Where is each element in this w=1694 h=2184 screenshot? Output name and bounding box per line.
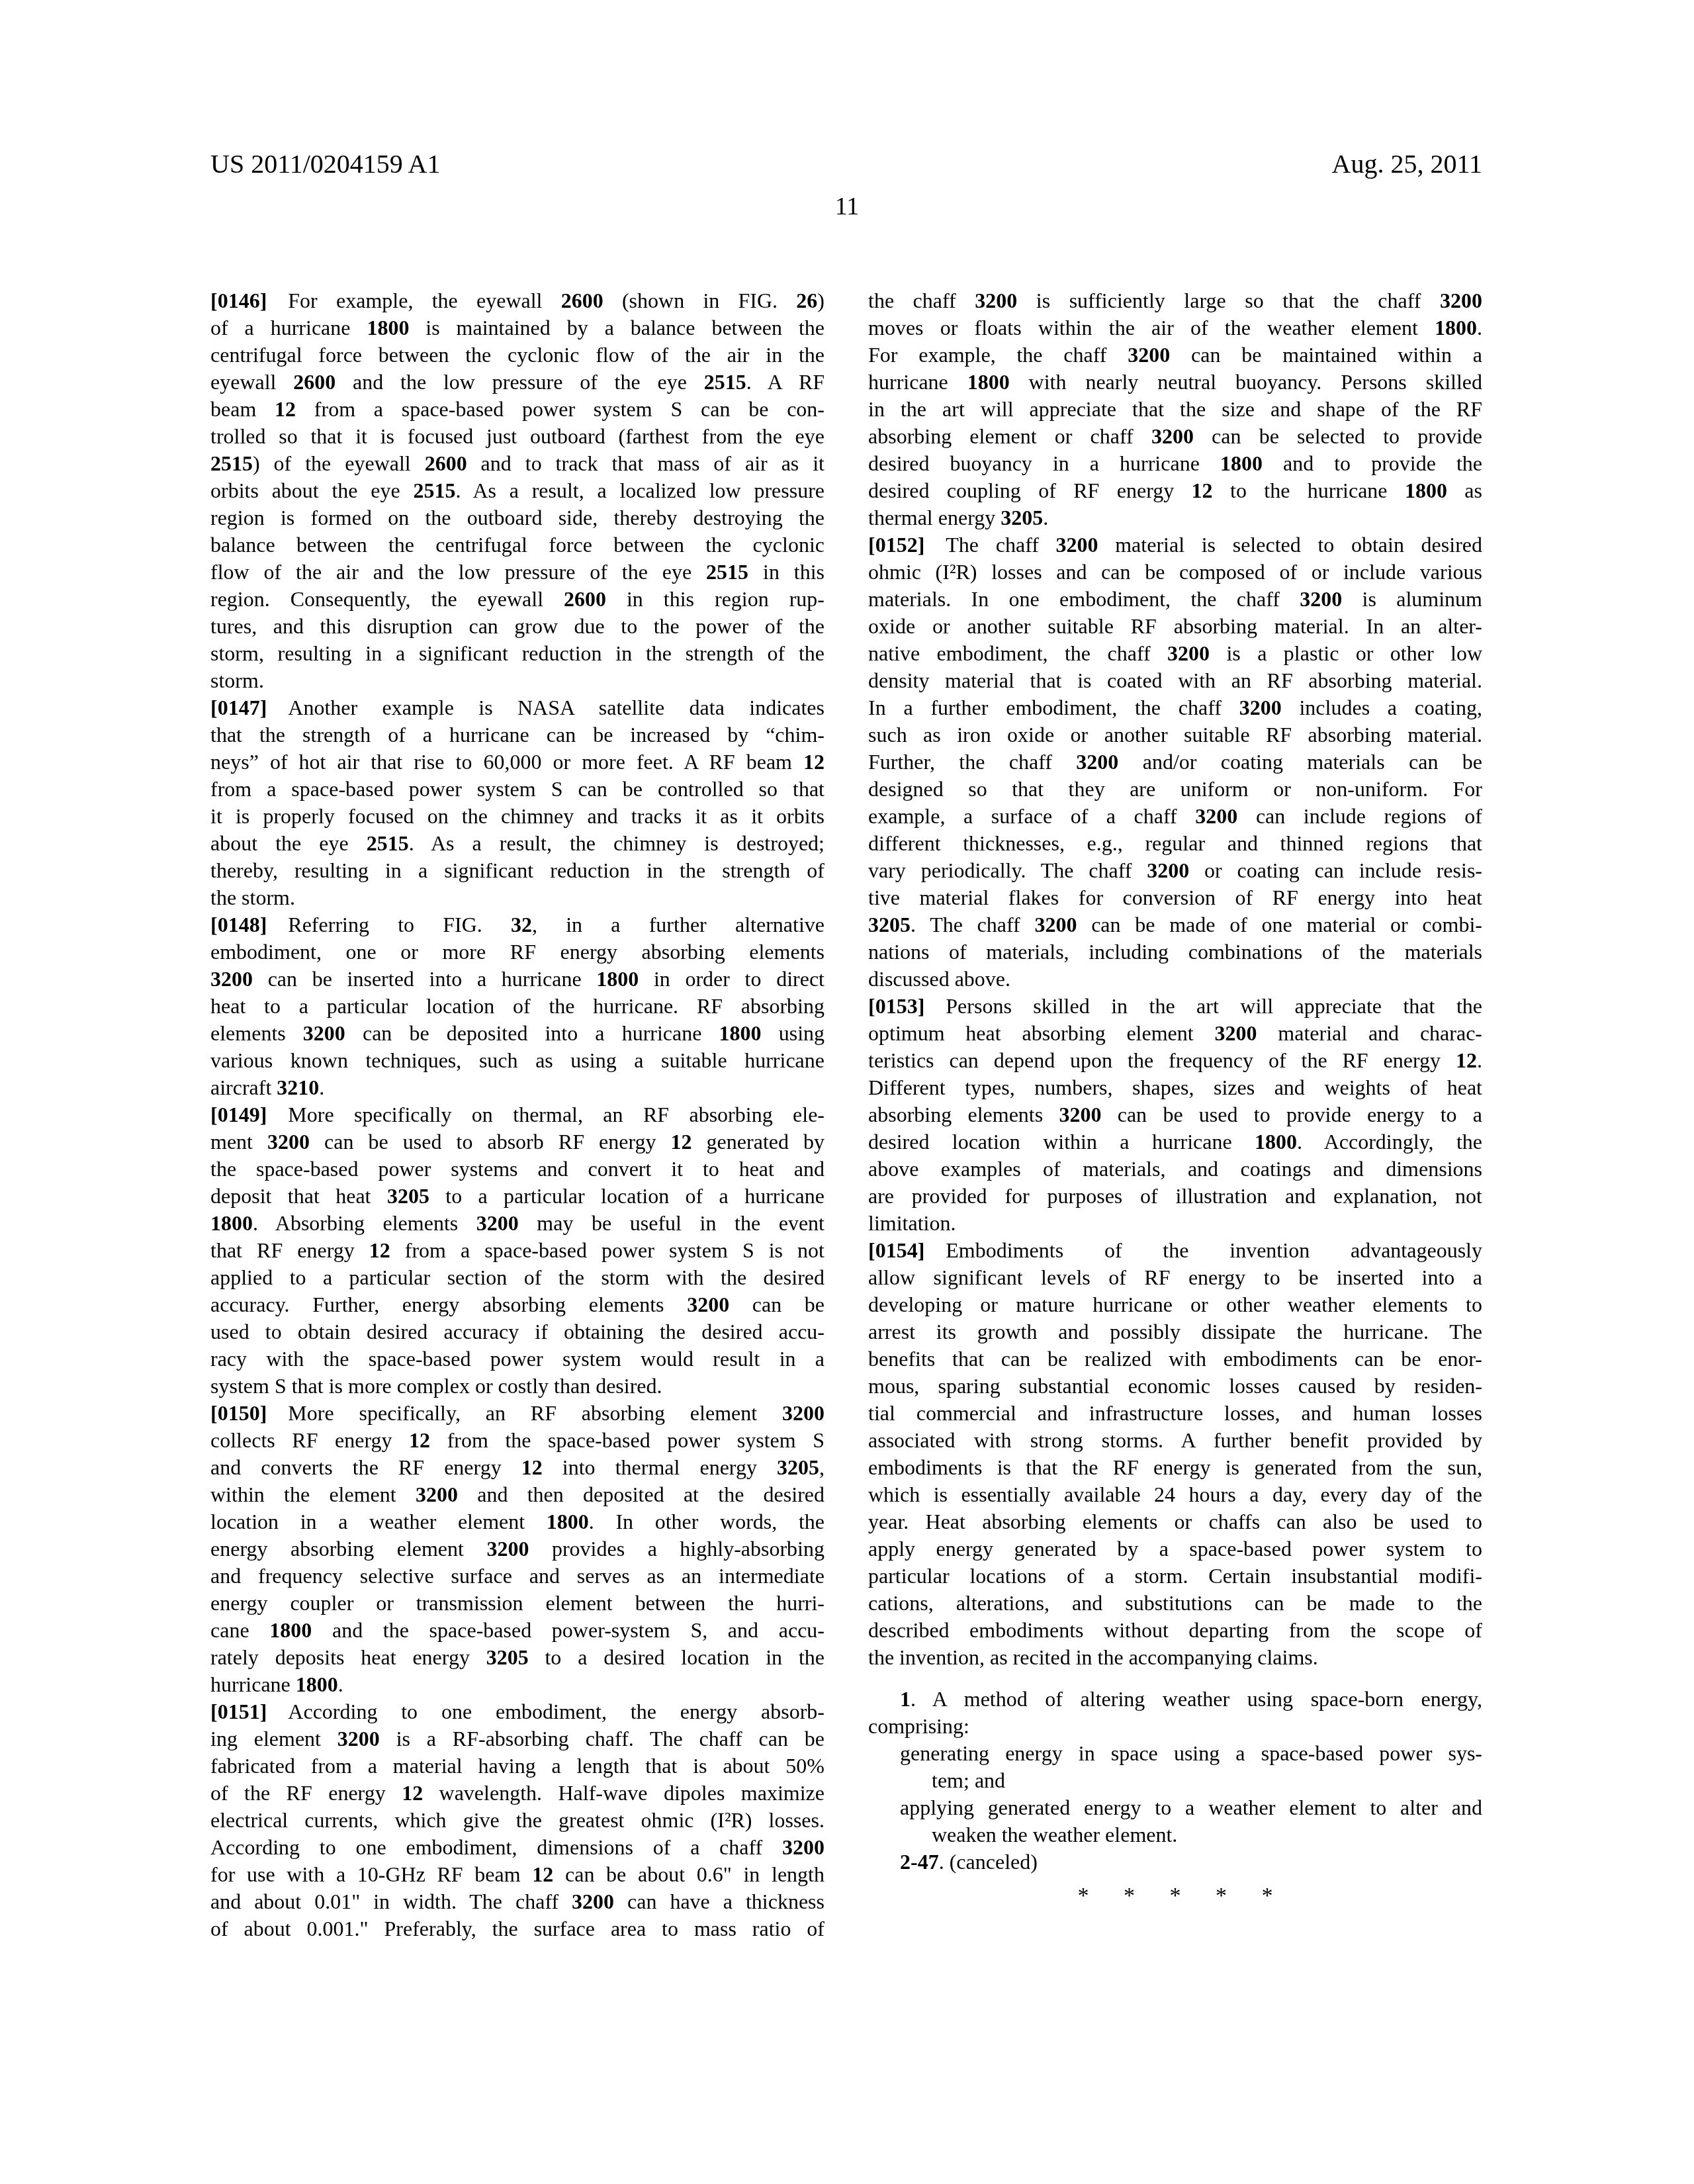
text-line: density material that is coated with an … [868, 667, 1482, 694]
publication-date: Aug. 25, 2011 [1332, 150, 1482, 179]
text-line: absorbing element or chaff 3200 can be s… [868, 423, 1482, 450]
text-line: 3200 can be inserted into a hurricane 18… [210, 966, 825, 993]
text-line: oxide or another suitable RF absorbing m… [868, 613, 1482, 640]
text-line: arrest its growth and possibly dissipate… [868, 1318, 1482, 1345]
patent-paragraph: [0146] For example, the eyewall 2600 (sh… [210, 287, 825, 694]
text-line: benefits that can be realized with embod… [868, 1345, 1482, 1373]
text-line: in the art will appreciate that the size… [868, 396, 1482, 423]
text-line: trolled so that it is focused just outbo… [210, 423, 825, 450]
page-number: 11 [0, 192, 1694, 221]
text-line: tures, and this disruption can grow due … [210, 613, 825, 640]
text-line: from a space-based power system S can be… [210, 776, 825, 803]
text-line: embodiment, one or more RF energy absorb… [210, 938, 825, 966]
text-line: associated with strong storms. A further… [868, 1427, 1482, 1454]
text-line: [0147] Another example is NASA satellite… [210, 694, 825, 721]
text-line: tive material flakes for conversion of R… [868, 884, 1482, 911]
patent-paragraph: the chaff 3200 is sufficiently large so … [868, 287, 1482, 531]
text-line: desired location within a hurricane 1800… [868, 1128, 1482, 1156]
text-line: region is formed on the outboard side, t… [210, 504, 825, 531]
text-line: the invention, as recited in the accompa… [868, 1644, 1482, 1671]
text-line: cations, alterations, and substitutions … [868, 1590, 1482, 1617]
text-line: centrifugal force between the cyclonic f… [210, 341, 825, 369]
text-line: native embodiment, the chaff 3200 is a p… [868, 640, 1482, 667]
text-line: discussed above. [868, 966, 1482, 993]
text-line: accuracy. Further, energy absorbing elem… [210, 1291, 825, 1318]
text-line: [0146] For example, the eyewall 2600 (sh… [210, 287, 825, 314]
text-line: elements 3200 can be deposited into a hu… [210, 1020, 825, 1047]
patent-paragraph: [0154] Embodiments of the invention adva… [868, 1237, 1482, 1671]
text-line: such as iron oxide or another suitable R… [868, 721, 1482, 749]
text-line: aircraft 3210. [210, 1074, 825, 1101]
text-line: moves or floats within the air of the we… [868, 314, 1482, 341]
patent-page: US 2011/0204159 A1 Aug. 25, 2011 11 [014… [0, 0, 1694, 2184]
text-line: of the RF energy 12 wavelength. Half-wav… [210, 1780, 825, 1807]
text-line: 3205. The chaff 3200 can be made of one … [868, 911, 1482, 938]
text-line: flow of the air and the low pressure of … [210, 559, 825, 586]
text-line: apply energy generated by a space-based … [868, 1535, 1482, 1563]
text-line: racy with the space-based power system w… [210, 1345, 825, 1373]
text-line: [0150] More specifically, an RF absorbin… [210, 1400, 825, 1427]
text-line: limitation. [868, 1210, 1482, 1237]
text-line: of about 0.001." Preferably, the surface… [210, 1915, 825, 1942]
text-line: used to obtain desired accuracy if obtai… [210, 1318, 825, 1345]
text-line: rately deposits heat energy 3205 to a de… [210, 1644, 825, 1671]
text-line: teristics can depend upon the frequency … [868, 1047, 1482, 1074]
text-line: applied to a particular section of the s… [210, 1264, 825, 1291]
text-line: embodiments is that the RF energy is gen… [868, 1454, 1482, 1481]
text-line: the storm. [210, 884, 825, 911]
text-line: heat to a particular location of the hur… [210, 993, 825, 1020]
text-line: and converts the RF energy 12 into therm… [210, 1454, 825, 1481]
claim-line: 1. A method of altering weather using sp… [868, 1686, 1482, 1713]
text-line: above examples of materials, and coating… [868, 1156, 1482, 1183]
text-line: [0151] According to one embodiment, the … [210, 1698, 825, 1725]
text-line: orbits about the eye 2515. As a result, … [210, 477, 825, 504]
text-line: energy absorbing element 3200 provides a… [210, 1535, 825, 1563]
text-line: materials. In one embodiment, the chaff … [868, 586, 1482, 613]
text-line: cane 1800 and the space-based power-syst… [210, 1617, 825, 1644]
claim-line: comprising: [868, 1713, 1482, 1740]
text-line: 1800. Absorbing elements 3200 may be use… [210, 1210, 825, 1237]
text-line: [0153] Persons skilled in the art will a… [868, 993, 1482, 1020]
text-line: optimum heat absorbing element 3200 mate… [868, 1020, 1482, 1047]
text-line: of a hurricane 1800 is maintained by a b… [210, 314, 825, 341]
text-line: it is properly focused on the chimney an… [210, 803, 825, 830]
text-line: various known techniques, such as using … [210, 1047, 825, 1074]
patent-paragraph: [0153] Persons skilled in the art will a… [868, 993, 1482, 1237]
text-line: within the element 3200 and then deposit… [210, 1481, 825, 1508]
text-line: thermal energy 3205. [868, 504, 1482, 531]
patent-number: US 2011/0204159 A1 [210, 150, 440, 179]
patent-paragraph: [0148] Referring to FIG. 32, in a furthe… [210, 911, 825, 1101]
claim-line: generating energy in space using a space… [868, 1740, 1482, 1767]
claim-line: applying generated energy to a weather e… [868, 1794, 1482, 1821]
text-line: that the strength of a hurricane can be … [210, 721, 825, 749]
text-line: region. Consequently, the eyewall 2600 i… [210, 586, 825, 613]
text-line: tial commercial and infrastructure losse… [868, 1400, 1482, 1427]
text-line: described embodiments without departing … [868, 1617, 1482, 1644]
text-line: absorbing elements 3200 can be used to p… [868, 1101, 1482, 1128]
text-line: hurricane 1800. [210, 1671, 825, 1698]
text-line: allow significant levels of RF energy to… [868, 1264, 1482, 1291]
page-header: US 2011/0204159 A1 Aug. 25, 2011 [210, 150, 1482, 179]
text-line: electrical currents, which give the grea… [210, 1807, 825, 1834]
text-line: that RF energy 12 from a space-based pow… [210, 1237, 825, 1264]
text-line: Different types, numbers, shapes, sizes … [868, 1074, 1482, 1101]
text-line: collects RF energy 12 from the space-bas… [210, 1427, 825, 1454]
text-line: In a further embodiment, the chaff 3200 … [868, 694, 1482, 721]
text-line: desired coupling of RF energy 12 to the … [868, 477, 1482, 504]
text-line: and about 0.01" in width. The chaff 3200… [210, 1888, 825, 1915]
claim-line: 2-47. (canceled) [868, 1848, 1482, 1876]
text-line: are provided for purposes of illustratio… [868, 1183, 1482, 1210]
text-line: system S that is more complex or costly … [210, 1373, 825, 1400]
text-line: particular locations of a storm. Certain… [868, 1563, 1482, 1590]
text-line: fabricated from a material having a leng… [210, 1752, 825, 1780]
right-column: the chaff 3200 is sufficiently large so … [868, 287, 1482, 1942]
text-line: beam 12 from a space-based power system … [210, 396, 825, 423]
text-line: For example, the chaff 3200 can be maint… [868, 341, 1482, 369]
text-line: mous, sparing substantial economic losse… [868, 1373, 1482, 1400]
patent-paragraph: [0149] More specifically on thermal, an … [210, 1101, 825, 1400]
text-line: ing element 3200 is a RF-absorbing chaff… [210, 1725, 825, 1752]
text-line: example, a surface of a chaff 3200 can i… [868, 803, 1482, 830]
text-line: [0149] More specifically on thermal, an … [210, 1101, 825, 1128]
patent-paragraph: [0151] According to one embodiment, the … [210, 1698, 825, 1942]
text-line: storm, resulting in a significant reduct… [210, 640, 825, 667]
claim-line: tem; and [868, 1767, 1482, 1794]
text-line: storm. [210, 667, 825, 694]
text-line: hurricane 1800 with nearly neutral buoya… [868, 369, 1482, 396]
text-line: different thicknesses, e.g., regular and… [868, 830, 1482, 857]
text-line: vary periodically. The chaff 3200 or coa… [868, 857, 1482, 884]
left-column: [0146] For example, the eyewall 2600 (sh… [210, 287, 825, 1942]
text-line: the space-based power systems and conver… [210, 1156, 825, 1183]
text-line: nations of materials, including combinat… [868, 938, 1482, 966]
text-line: deposit that heat 3205 to a particular l… [210, 1183, 825, 1210]
patent-paragraph: [0150] More specifically, an RF absorbin… [210, 1400, 825, 1698]
patent-paragraph: [0152] The chaff 3200 material is select… [868, 531, 1482, 993]
text-line: [0152] The chaff 3200 material is select… [868, 531, 1482, 559]
text-line: and frequency selective surface and serv… [210, 1563, 825, 1590]
claim-line: weaken the weather element. [868, 1821, 1482, 1848]
claims-section: 1. A method of altering weather using sp… [868, 1686, 1482, 1876]
text-line: According to one embodiment, dimensions … [210, 1834, 825, 1861]
text-line: year. Heat absorbing elements or chaffs … [868, 1508, 1482, 1535]
text-line: 2515) of the eyewall 2600 and to track t… [210, 450, 825, 477]
text-line: ment 3200 can be used to absorb RF energ… [210, 1128, 825, 1156]
patent-paragraph: [0147] Another example is NASA satellite… [210, 694, 825, 911]
end-asterisks: * * * * * [868, 1884, 1482, 1909]
text-line: Further, the chaff 3200 and/or coating m… [868, 749, 1482, 776]
text-line: neys” of hot air that rise to 60,000 or … [210, 749, 825, 776]
text-line: thereby, resulting in a significant redu… [210, 857, 825, 884]
text-line: ohmic (I²R) losses and can be composed o… [868, 559, 1482, 586]
text-line: location in a weather element 1800. In o… [210, 1508, 825, 1535]
text-line: eyewall 2600 and the low pressure of the… [210, 369, 825, 396]
text-line: [0154] Embodiments of the invention adva… [868, 1237, 1482, 1264]
text-columns: [0146] For example, the eyewall 2600 (sh… [210, 287, 1482, 1942]
text-line: designed so that they are uniform or non… [868, 776, 1482, 803]
text-line: which is essentially available 24 hours … [868, 1481, 1482, 1508]
text-line: the chaff 3200 is sufficiently large so … [868, 287, 1482, 314]
text-line: about the eye 2515. As a result, the chi… [210, 830, 825, 857]
text-line: developing or mature hurricane or other … [868, 1291, 1482, 1318]
text-line: for use with a 10-GHz RF beam 12 can be … [210, 1861, 825, 1888]
text-line: [0148] Referring to FIG. 32, in a furthe… [210, 911, 825, 938]
text-line: desired buoyancy in a hurricane 1800 and… [868, 450, 1482, 477]
text-line: balance between the centrifugal force be… [210, 531, 825, 559]
text-line: energy coupler or transmission element b… [210, 1590, 825, 1617]
